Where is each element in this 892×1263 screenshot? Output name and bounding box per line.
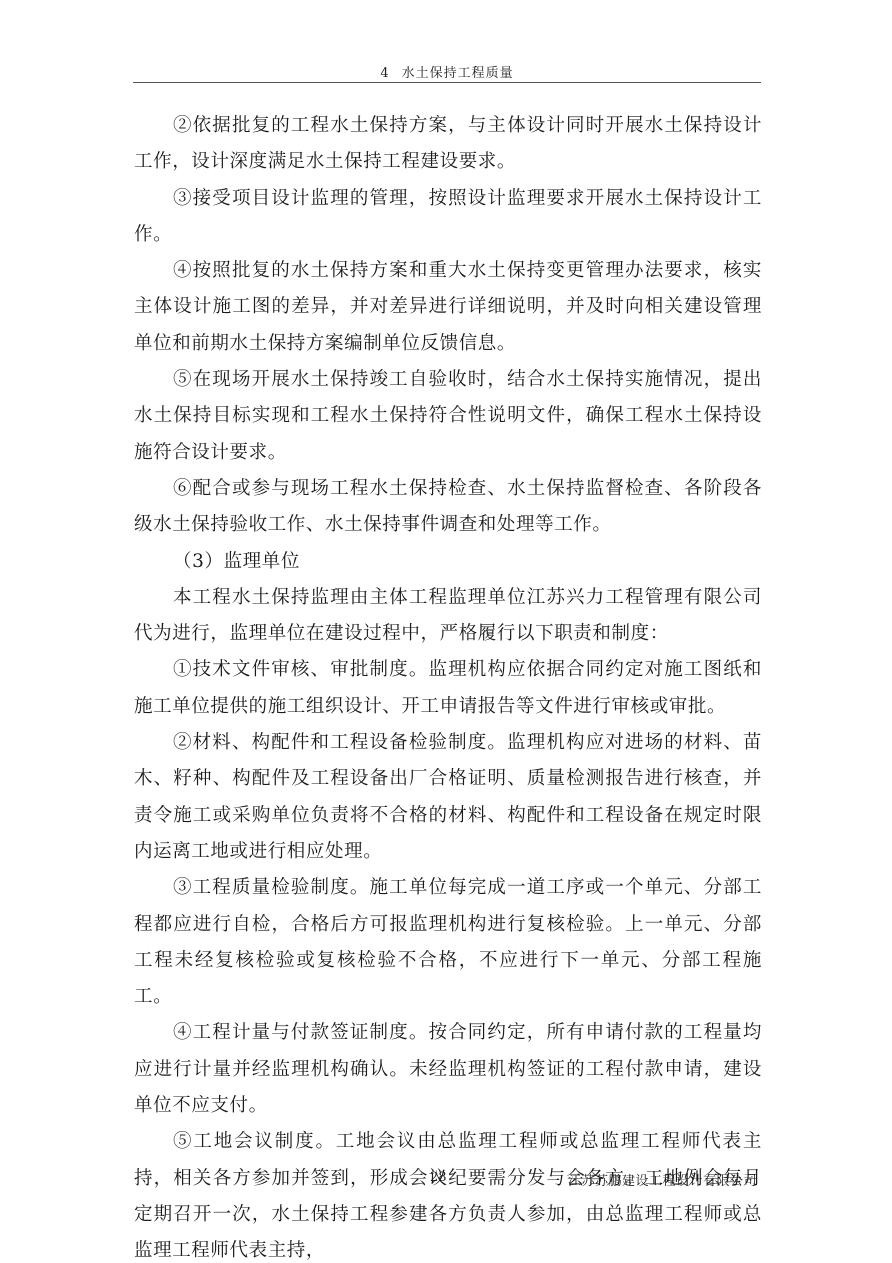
paragraph-supervision-item-2: ②材料、构配件和工程设备检验制度。监理机构应对进场的材料、苗木、籽种、构配件及工… [134,725,762,870]
page-header: 4水土保持工程质量 [133,62,761,81]
page-number: 28 [430,1170,447,1185]
paragraph-supervision-item-1: ①技术文件审核、审批制度。监理机构应依据合同约定对施工图纸和施工单位提供的施工组… [134,652,762,725]
paragraph-design-item-6: ⑥配合或参与现场工程水土保持检查、水土保持监督检查、各阶段各级水土保持验收工作、… [134,471,762,544]
paragraph-design-item-4: ④按照批复的水土保持方案和重大水土保持变更管理办法要求，核实主体设计施工图的差异… [134,253,762,362]
document-body: ②依据批复的工程水土保持方案，与主体设计同时开展水土保持设计工作，设计深度满足水… [134,108,762,1263]
paragraph-supervision-item-3: ③工程质量检验制度。施工单位每完成一道工序或一个单元、分部工程都应进行自检，合格… [134,870,762,1015]
chapter-number: 4 [380,66,389,81]
chapter-title: 水土保持工程质量 [402,66,514,81]
paragraph-design-item-3: ③接受项目设计监理的管理，按照设计监理要求开展水土保持设计工作。 [134,181,762,254]
section-heading-supervision-unit: （3）监理单位 [134,544,762,580]
company-name: 江苏苏鹏建设工程设计有限公司 [568,1170,757,1189]
paragraph-supervision-item-5: ⑤工地会议制度。工地会议由总监理工程师或总监理工程师代表主持，相关各方参加并签到… [134,1124,762,1263]
paragraph-design-item-2: ②依据批复的工程水土保持方案，与主体设计同时开展水土保持设计工作，设计深度满足水… [134,108,762,181]
paragraph-design-item-5: ⑤在现场开展水土保持竣工自验收时，结合水土保持实施情况，提出水土保持目标实现和工… [134,362,762,471]
paragraph-supervision-item-4: ④工程计量与付款签证制度。按合同约定，所有申请付款的工程量均应进行计量并经监理机… [134,1015,762,1124]
header-divider [133,82,761,83]
paragraph-supervision-intro: 本工程水土保持监理由主体工程监理单位江苏兴力工程管理有限公司代为进行，监理单位在… [134,580,762,653]
